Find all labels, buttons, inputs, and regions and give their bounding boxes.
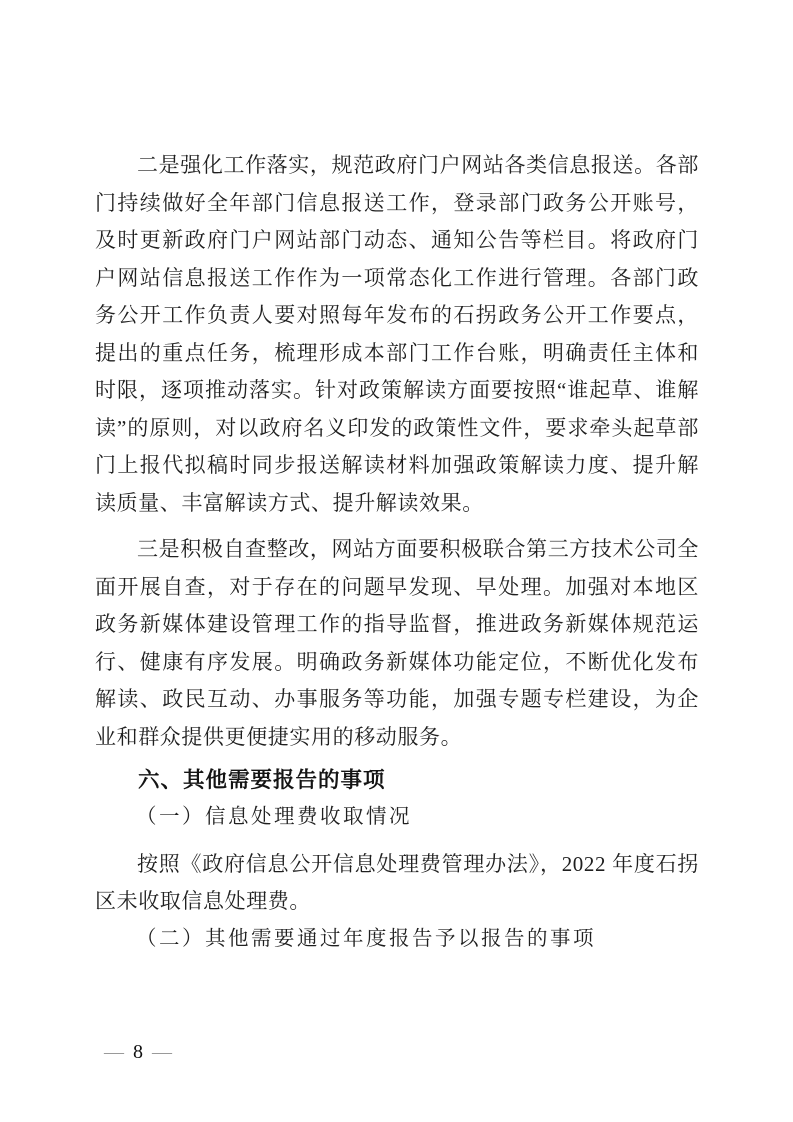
report-page: 二是强化工作落实，规范政府门户网站各类信息报送。各部门持续做好全年部门信息报送工… — [0, 0, 793, 1122]
page-number: 8 — [133, 1040, 143, 1064]
paragraph-self-inspection: 三是积极自查整改，网站方面要积极联合第三方技术公司全面开展自查，对于存在的问题早… — [95, 531, 699, 756]
page-footer: — 8 — — [104, 1040, 172, 1064]
paragraph-fee-statement: 按照《政府信息公开信息处理费管理办法》，2022 年度石拐区未收取信息处理费。 — [95, 846, 699, 921]
section-heading-other-items: 六、其他需要报告的事项 — [95, 761, 699, 799]
subheading-other-report-items: （二）其他需要通过年度报告予以报告的事项 — [95, 921, 699, 959]
report-body: 二是强化工作落实，规范政府门户网站各类信息报送。各部门持续做好全年部门信息报送工… — [95, 147, 699, 958]
subheading-info-processing-fee: （一）信息处理费收取情况 — [95, 799, 699, 837]
paragraph-work-implementation: 二是强化工作落实，规范政府门户网站各类信息报送。各部门持续做好全年部门信息报送工… — [95, 147, 699, 522]
footer-dash-left: — — [104, 1040, 124, 1064]
footer-dash-right: — — [152, 1040, 172, 1064]
